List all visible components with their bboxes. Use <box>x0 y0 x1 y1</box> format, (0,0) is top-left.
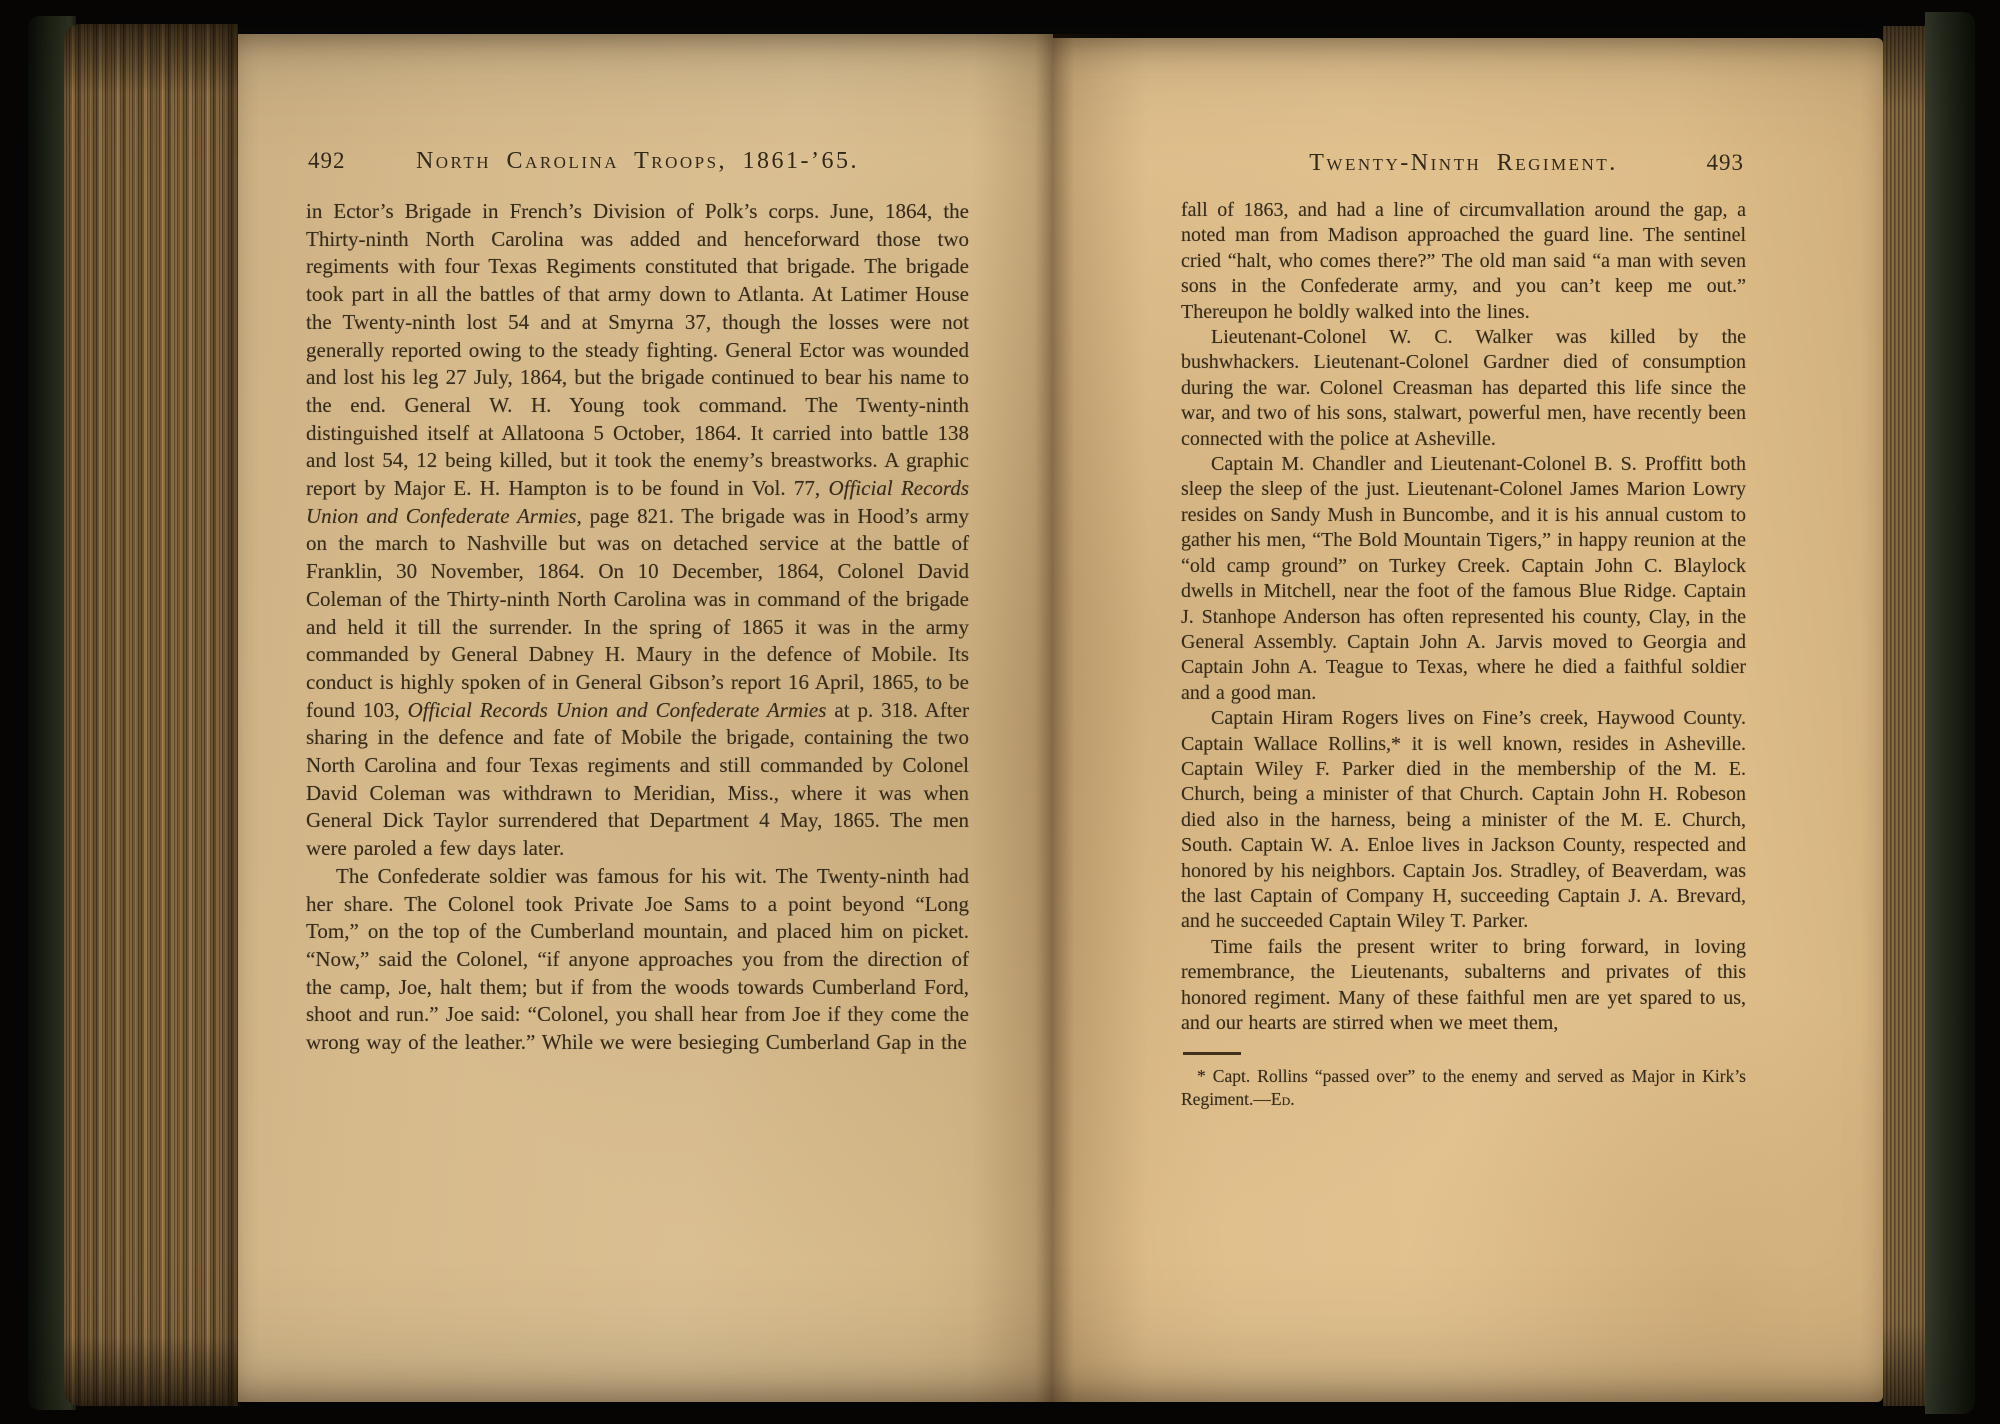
paragraph: Captain Hiram Rogers lives on Fine’s cre… <box>1181 706 1746 935</box>
text-segment: Official Records Union and Confederate A… <box>408 698 827 722</box>
footnote-divider <box>1183 1052 1241 1055</box>
paragraph: in Ector’s Brigade in French’s Division … <box>306 198 969 863</box>
paragraph: The Confederate soldier was famous for h… <box>306 863 969 1057</box>
left-page-header: 492 North Carolina Troops, 1861-’65. <box>306 148 969 182</box>
left-page-column: 492 North Carolina Troops, 1861-’65. in … <box>306 148 969 1057</box>
right-page-body: fall of 1863, and had a line of circumva… <box>1181 198 1746 1036</box>
page-number-left: 492 <box>308 148 346 174</box>
page-stack-edge-right <box>1883 26 1925 1406</box>
text-segment: The Confederate soldier was famous for h… <box>306 864 969 1054</box>
book-cover-right-edge <box>1925 12 1975 1414</box>
text-segment: Captain Hiram Rogers lives on Fine’s cre… <box>1181 707 1746 932</box>
footnote-text: * Capt. Rollins “passed over” to the ene… <box>1181 1065 1746 1111</box>
paragraph: * Capt. Rollins “passed over” to the ene… <box>1181 1065 1746 1111</box>
paragraph: Captain M. Chandler and Lieutenant-Colon… <box>1181 452 1746 706</box>
left-page-body: in Ector’s Brigade in French’s Division … <box>306 198 969 1057</box>
text-segment: in Ector’s Brigade in French’s Division … <box>306 199 969 500</box>
text-segment: fall of 1863, and had a line of circumva… <box>1181 199 1746 323</box>
text-segment: Lieutenant-Colonel W. C. Walker was kill… <box>1181 326 1746 450</box>
book-scan: 492 North Carolina Troops, 1861-’65. in … <box>0 0 2000 1424</box>
page-stack-edge-left <box>64 24 238 1406</box>
text-segment: Time fails the present writer to bring f… <box>1181 936 1746 1034</box>
page-number-right: 493 <box>1707 150 1745 176</box>
text-segment: at p. 318. After sharing in the defence … <box>306 698 969 861</box>
text-segment: Ed. <box>1271 1089 1295 1109</box>
right-page-column: Twenty-Ninth Regiment. 493 fall of 1863,… <box>1181 150 1746 1111</box>
text-segment: Captain M. Chandler and Lieutenant-Colon… <box>1181 453 1746 704</box>
running-header-right: Twenty-Ninth Regiment. <box>1309 150 1617 177</box>
running-header-left: North Carolina Troops, 1861-’65. <box>416 148 859 175</box>
paragraph: Lieutenant-Colonel W. C. Walker was kill… <box>1181 325 1746 452</box>
text-segment: * Capt. Rollins “passed over” to the ene… <box>1181 1066 1746 1109</box>
paragraph: Time fails the present writer to bring f… <box>1181 935 1746 1037</box>
text-segment: page 821. The brigade was in Hood’s army… <box>306 504 969 722</box>
paragraph: fall of 1863, and had a line of circumva… <box>1181 198 1746 325</box>
right-page-header: Twenty-Ninth Regiment. 493 <box>1181 150 1746 184</box>
footnote: * Capt. Rollins “passed over” to the ene… <box>1181 1052 1746 1111</box>
